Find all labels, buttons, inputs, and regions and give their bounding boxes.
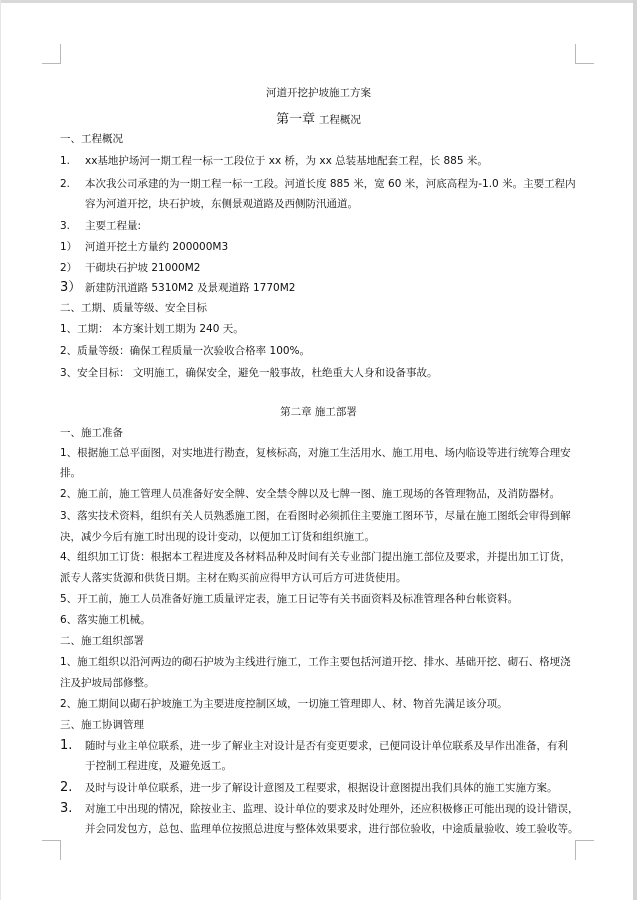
section-heading: 三、施工协调管理 xyxy=(60,718,144,732)
sub-list-number: 2） xyxy=(60,261,85,275)
chapter-1-name: 工程概况 xyxy=(319,114,361,126)
list-number: 3. xyxy=(60,802,85,816)
paragraph-line: 3、安全目标： 文明施工，确保安全，避免一般事故，杜绝重大人身和设备事故。 xyxy=(60,366,438,380)
sub-list-text: 新建防汛道路 5310M2 及景观道路 1770M2 xyxy=(85,282,295,294)
paragraph-line: 2、施工前，施工管理人员准备好安全牌、安全禁令牌以及七牌一图、施工现场的各管理物… xyxy=(60,487,560,501)
chapter-2-heading: 第二章 施工部署 xyxy=(0,405,637,419)
list-number: 3. xyxy=(60,219,85,233)
list-number: 1. xyxy=(60,739,85,753)
list-text: 主要工程量: xyxy=(85,220,141,232)
paragraph-line: 3、落实技术资料，组织有关人员熟悉施工图，在看图时必须抓住主要施工图环节，尽量在… xyxy=(60,509,571,523)
chapter-2-number: 第二章 xyxy=(280,406,312,418)
sub-list-text: 干砌块石护坡 21000M2 xyxy=(85,262,200,274)
list-item: 2.及时与设计单位联系，进一步了解设计意图及工程要求，根据设计意图提出我们具体的… xyxy=(60,781,558,795)
list-text-continued: 容为河道开挖，块石护坡，东侧景观道路及西侧防汛通道。 xyxy=(85,197,358,211)
paragraph-line: 1、根据施工总平面图，对实地进行勘查，复核标高，对施工生活用水、施工用电、场内临… xyxy=(60,446,571,460)
section-heading: 二、施工组织部署 xyxy=(60,634,144,648)
chapter-2-name: 施工部署 xyxy=(315,406,357,418)
list-text: 本次我公司承建的为一期工程一标一工段。河道长度 885 米，宽 60 米，河底高… xyxy=(85,178,576,190)
paragraph-line: 派专人落实货源和供货日期。主材在购买前应得甲方认可后方可进货使用。 xyxy=(60,571,407,585)
margin-corner-mark-bottom-left xyxy=(42,840,61,860)
paragraph-line: 1、施工组织以沿河两边的砌石护坡为主线进行施工，工作主要包括河道开挖、排水、基础… xyxy=(60,655,571,669)
document-title: 河道开挖护坡施工方案 xyxy=(0,86,637,100)
page-top-edge xyxy=(0,0,637,3)
sub-list-item: 3）新建防汛道路 5310M2 及景观道路 1770M2 xyxy=(60,281,295,295)
paragraph-line: 决，减少今后有施工时出现的设计变动，以便加工订货和组织施工。 xyxy=(60,530,375,544)
section-heading: 一、工程概况 xyxy=(60,132,123,146)
list-number: 1. xyxy=(60,154,85,168)
paragraph-line: 6、落实施工机械。 xyxy=(60,613,151,627)
paragraph-line: 注及护坡局部修整。 xyxy=(60,676,155,690)
list-item: 3.对施工中出现的情况，除按业主、监理、设计单位的要求及时处理外，还应积极修正可… xyxy=(60,802,579,816)
chapter-1-heading: 第一章 工程概况 xyxy=(0,112,637,127)
list-number: 2. xyxy=(60,177,85,191)
list-item: 1.xx基地护场河一期工程一标一工段位于 xx 桥，为 xx 总装基地配套工程，… xyxy=(60,154,488,168)
margin-corner-mark-top-right xyxy=(575,44,594,64)
section-heading: 一、施工准备 xyxy=(60,426,123,440)
chapter-1-number: 第一章 xyxy=(276,112,315,127)
paragraph-line: 排。 xyxy=(60,466,81,480)
list-item: 2.本次我公司承建的为一期工程一标一工段。河道长度 885 米，宽 60 米，河… xyxy=(60,177,576,191)
sub-list-item: 1）河道开挖土方量约 200000M3 xyxy=(60,240,228,254)
list-item: 1.随时与业主单位联系，进一步了解业主对设计是否有变更要求，已便同设计单位联系及… xyxy=(60,739,568,753)
paragraph-line: 2、施工期间以砌石护坡施工为主要进度控制区域，一切施工管理即人、材、物首先满足该… xyxy=(60,697,508,711)
list-text: 随时与业主单位联系，进一步了解业主对设计是否有变更要求，已便同设计单位联系及早作… xyxy=(85,740,568,752)
list-text: xx基地护场河一期工程一标一工段位于 xx 桥，为 xx 总装基地配套工程，长 … xyxy=(85,155,488,167)
page-left-edge xyxy=(0,0,1,900)
paragraph-line: 2、质量等级：确保工程质量一次验收合格率 100%。 xyxy=(60,344,310,358)
paragraph-line: 1、工期： 本方案计划工期为 240 天。 xyxy=(60,322,244,336)
list-text-continued: 并会同发包方，总包、监理单位按照总进度与整体效果要求，进行部位验收，中途质量验收… xyxy=(85,822,579,836)
paragraph-line: 5、开工前，施工人员准备好施工质量评定表，施工日记等有关书面资料及标准管理各种台… xyxy=(60,592,518,606)
sub-list-number: 3） xyxy=(60,281,85,295)
list-item: 3.主要工程量: xyxy=(60,219,141,233)
sub-list-text: 河道开挖土方量约 200000M3 xyxy=(85,241,228,253)
paragraph-line: 4、组织加工订货：根据本工程进度及各材料品种及时间有关专业部门提出施工部位及要求… xyxy=(60,550,571,564)
list-text: 及时与设计单位联系，进一步了解设计意图及工程要求，根据设计意图提出我们具体的施工… xyxy=(85,782,558,794)
margin-corner-mark-bottom-right xyxy=(575,840,594,860)
list-text-continued: 于控制工程进度，及避免返工。 xyxy=(85,759,232,773)
sub-list-item: 2）干砌块石护坡 21000M2 xyxy=(60,261,200,275)
list-text: 对施工中出现的情况，除按业主、监理、设计单位的要求及时处理外，还应积极修正可能出… xyxy=(85,803,579,815)
margin-corner-mark-top-left xyxy=(42,44,61,64)
window-scrollbar-edge xyxy=(633,0,637,900)
list-number: 2. xyxy=(60,781,85,795)
sub-list-number: 1） xyxy=(60,240,85,254)
section-heading: 二、工期、质量等级、安全目标 xyxy=(60,301,207,315)
